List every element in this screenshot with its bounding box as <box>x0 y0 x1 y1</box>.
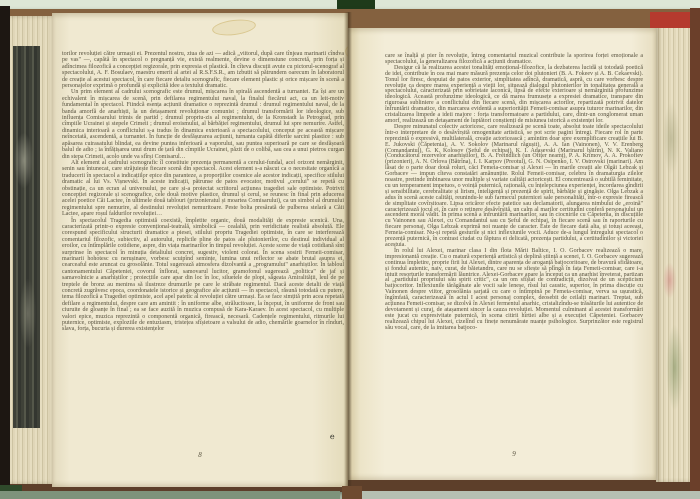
faint-stamp <box>211 17 257 37</box>
backdrop-band-right <box>360 491 700 499</box>
tipped-in-plate-edge <box>13 46 40 428</box>
left-page-number: 8 <box>52 451 348 459</box>
paragraph: În spectacolul Tragedia optimistă coexis… <box>62 218 344 333</box>
left-page-text: torilor revoluției către urmașii ei. Pre… <box>62 51 344 333</box>
book-photo: torilor revoluției către urmașii ei. Pre… <box>0 0 700 499</box>
spine-foot <box>342 486 362 499</box>
paragraph: Alt element al cadrului scenografic îl c… <box>62 160 344 218</box>
ink-mark: e <box>329 432 335 442</box>
right-page-text: care se înalță și pier în revoluție, înt… <box>385 54 643 332</box>
right-fore-edge <box>656 24 690 482</box>
red-endpaper-edge <box>650 12 692 28</box>
right-cover-edge <box>690 8 700 492</box>
left-cover-edge <box>0 6 10 496</box>
paragraph: Un prim element al cadrului scenografic … <box>62 89 344 159</box>
right-page-number: 9 <box>360 450 668 458</box>
gutter-shadow <box>344 12 352 488</box>
right-page: care se înalță și pier în revoluție, înt… <box>348 28 656 480</box>
left-page: torilor revoluției către urmașii ei. Pre… <box>52 13 348 487</box>
paragraph: Desigur că la realizarea acestei tonalit… <box>385 66 643 125</box>
backdrop-band-left <box>0 491 340 499</box>
paragraph: În rolul lui Alexei, marinar clasa I din… <box>385 249 643 332</box>
paragraph: torilor revoluției către urmașii ei. Pre… <box>62 51 344 89</box>
paragraph: Despre minunatul colectiv actoricesc, ca… <box>385 125 643 249</box>
